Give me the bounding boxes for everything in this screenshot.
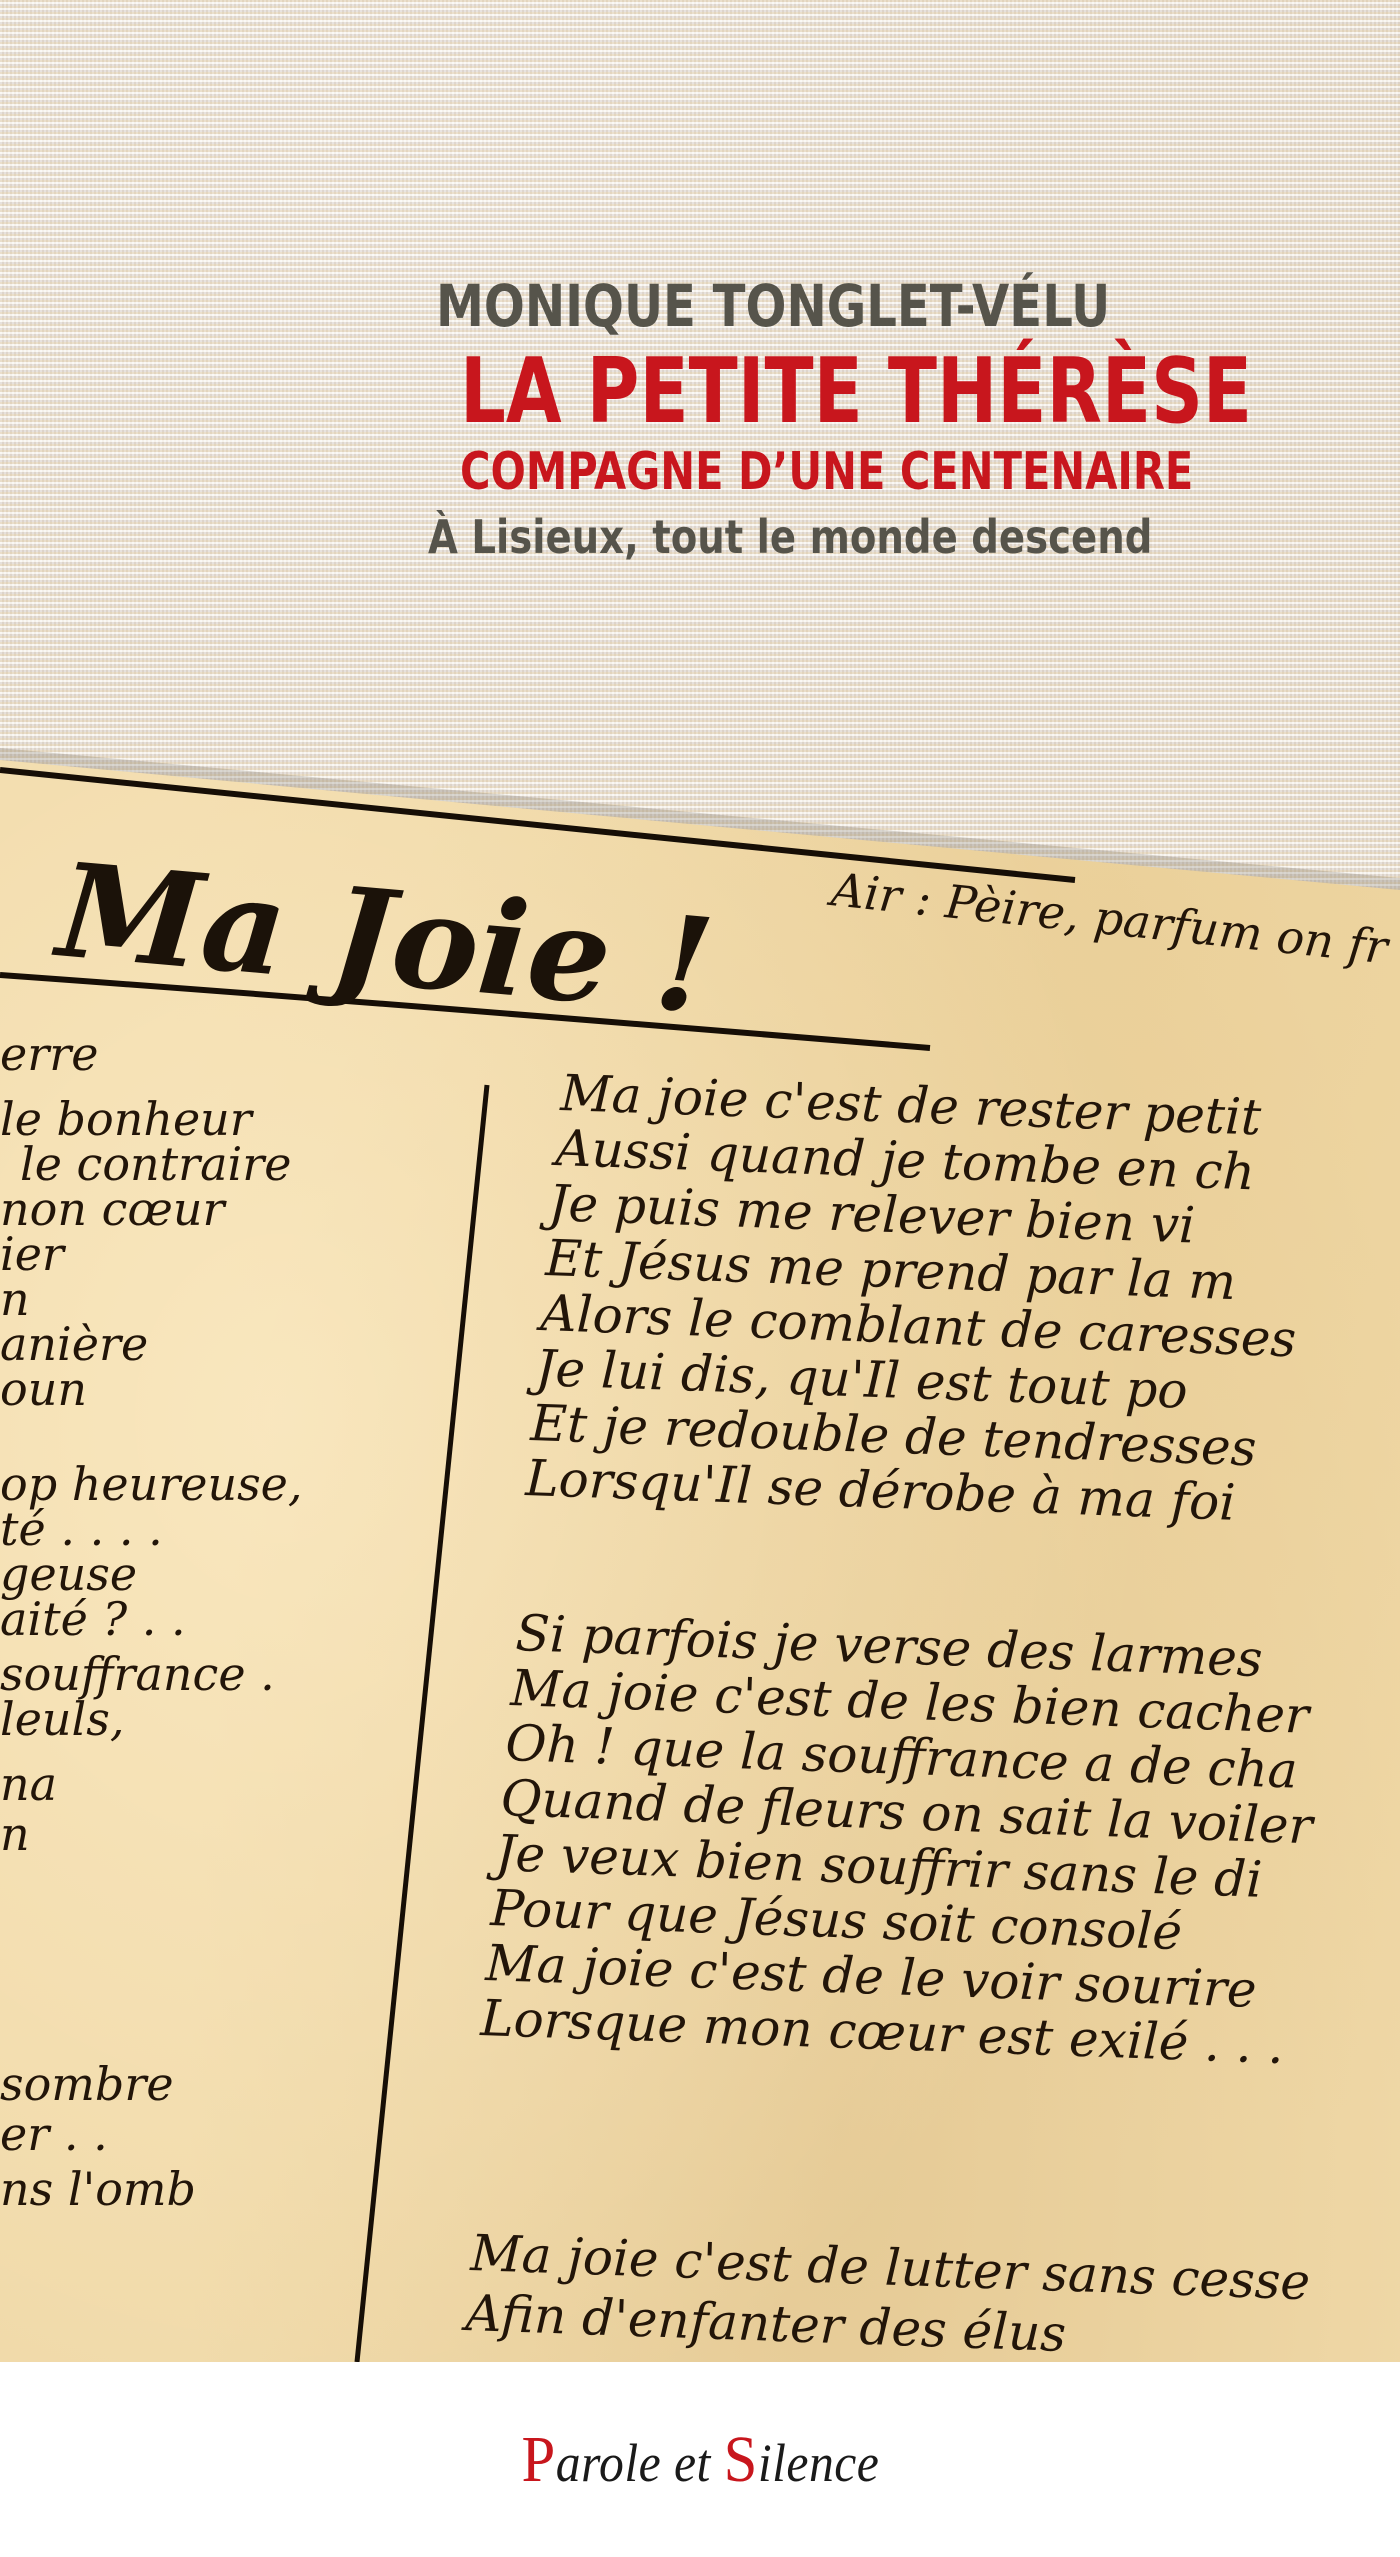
publisher-logo: Parole et Silence [521, 2422, 879, 2498]
left-column: erre le bonheur le contraire non cœur ie… [0, 1027, 303, 2216]
left-fragment: sombre [0, 2057, 174, 2111]
left-fragment: n [0, 1807, 30, 1861]
publisher-word-silence-rest: ilence [757, 2433, 878, 2493]
author-name: MONIQUE TONGLET-VÉLU [436, 270, 1100, 342]
publisher-initial-s: S [723, 2423, 757, 2496]
book-tagline: À Lisieux, tout le monde descend [428, 504, 1100, 570]
left-fragment: leuls, [0, 1692, 125, 1746]
book-title: LA PETITE THÉRÈSE [460, 344, 1100, 440]
publisher-word-parole-rest: arole [555, 2433, 660, 2493]
left-fragment: ns l'omb [0, 2162, 196, 2216]
left-fragment: na [0, 1757, 57, 1811]
book-cover: MONIQUE TONGLET-VÉLU LA PETITE THÉRÈSE C… [0, 0, 1400, 2557]
book-subtitle: COMPAGNE D’UNE CENTENAIRE [460, 440, 1100, 504]
right-column: Ma joie c'est de rester petit Aussi quan… [461, 1064, 1317, 2362]
column-divider-line [357, 1085, 487, 2362]
left-fragment: er . . [0, 2107, 108, 2161]
publisher-word-et: et [661, 2433, 724, 2493]
left-fragment: aité ? . . [0, 1592, 186, 1646]
manuscript-heading: Ma Joie ! [48, 833, 719, 1043]
title-block: MONIQUE TONGLET-VÉLU LA PETITE THÉRÈSE C… [300, 270, 1100, 570]
left-fragment: erre [0, 1027, 98, 1081]
publisher-initial-p: P [521, 2423, 555, 2496]
publisher-band: Parole et Silence [0, 2362, 1400, 2557]
left-fragment: oun [0, 1362, 87, 1416]
